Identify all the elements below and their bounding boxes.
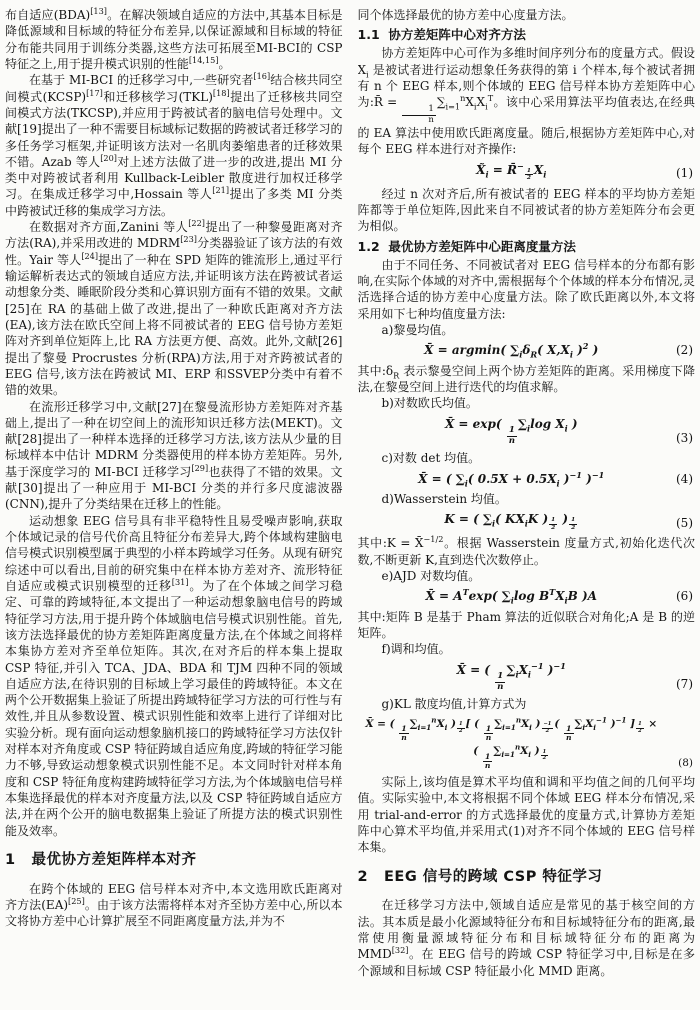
paragraph: f)调和均值。: [358, 641, 696, 657]
equation-number: (2): [676, 342, 693, 358]
fraction: 1n: [402, 105, 436, 125]
fraction: 12: [549, 517, 557, 531]
equation: X̄ = argmin( ∑iδR( X,Xi )2 )(2): [358, 342, 696, 358]
paragraph: d)Wasserstein 均值。: [358, 491, 696, 507]
paragraph: 实际上,该均值是算术平均值和调和平均值之间的几何平均值。实际实验中,本文将根据不…: [358, 774, 696, 856]
paragraph: a)黎曼均值。: [358, 322, 696, 338]
equation-line: ( 1n∑i=1nXi )12: [358, 744, 666, 770]
equation: X̄ = ( 1n∑iXi−1 )−1(7): [358, 662, 696, 693]
paragraph: 运动想象 EEG 信号具有非平稳特性且易受噪声影响,获取个体域记录的信号代价高且…: [5, 513, 343, 839]
paragraph: c)对数 det 均值。: [358, 450, 696, 466]
column-left: 布自适应(BDA)[13]。在解决领域自适应的方法中,其基本目标是降低源域和目标…: [5, 7, 343, 1010]
fraction: 1n: [399, 725, 409, 743]
equation-line: X̃i = R̄−12Xi: [358, 162, 666, 182]
section-heading: 2EEG 信号的跨域 CSP 特征学习: [358, 868, 696, 888]
fraction: 12: [457, 722, 465, 734]
fraction: 1n: [495, 672, 505, 692]
fraction: 1n: [507, 426, 517, 446]
equation-line: K = ( ∑i( KXiK )12 )12: [358, 511, 666, 531]
equation-number: (6): [676, 588, 693, 604]
paragraph: 协方差矩阵中心可作为多维时间序列分布的度量方式。假设 Xi 是被试者进行运动想象…: [358, 45, 696, 157]
paragraph: 在数据对齐方面,Zanini 等人[22]提出了一种黎曼距离对齐方法(RA),并…: [5, 219, 343, 398]
equation-number: (8): [678, 756, 693, 770]
paragraph: 在跨个体域的 EEG 信号样本对齐中,本文选用欧氏距离对齐方法(EA)[25]。…: [5, 881, 343, 930]
fraction: 12: [636, 722, 644, 734]
equation: X̄ = ( 1n∑i=1nXi )12[ ( 1n∑i=1nXi )−12( …: [358, 717, 696, 771]
equation-line: X̄ = ( ∑i( 0.5X + 0.5Xi )−1 )−1: [358, 471, 666, 487]
equation: K = ( ∑i( KXiK )12 )12(5): [358, 511, 696, 531]
paragraph: 在基于 MI-BCI 的迁移学习中,一些研究者[16]结合核共同空间模式(KCS…: [5, 72, 343, 219]
paragraph: 在迁移学习方法中,领域自适应是常见的基于核空间的方法。其本质是最小化源域特征分布…: [358, 897, 696, 979]
section-title: 最优协方差矩阵样本对齐: [32, 852, 197, 868]
section-heading: 1.1协方差矩阵中心对齐方法: [358, 26, 696, 43]
paragraph: 其中:矩阵 B 是基于 Pham 算法的近似联合对角化;A 是 B 的逆矩阵。: [358, 609, 696, 642]
paragraph: 其中:δR 表示黎曼空间上两个协方差矩阵的距离。采用梯度下降法,在黎曼空间上进行…: [358, 363, 696, 396]
equation-line: X̄ = exp( 1n∑ilog Xi ): [358, 416, 666, 447]
equation: X̃i = R̄−12Xi(1): [358, 162, 696, 182]
equation-line: X̄ = ( 1n∑iXi−1 )−1: [358, 662, 666, 693]
paragraph: b)对数欧氏均值。: [358, 395, 696, 411]
paragraph: 同个体选择最优的协方差中心度量方法。: [358, 7, 696, 23]
equation-line: X̄ = ATexp( ∑ilog BTXiB )A: [358, 588, 666, 604]
section-heading: 1最优协方差矩阵样本对齐: [5, 851, 343, 871]
fraction: 1n: [564, 725, 574, 743]
equation-line: X̄ = ( 1n∑i=1nXi )12[ ( 1n∑i=1nXi )−12( …: [358, 717, 666, 743]
paragraph: 其中:K = X̄−1/2。根据 Wasserstein 度量方式,初始化迭代次…: [358, 535, 696, 568]
section-number: 1: [5, 852, 16, 868]
section-title: EEG 信号的跨域 CSP 特征学习: [384, 869, 602, 885]
section-title: 协方差矩阵中心对齐方法: [388, 27, 526, 42]
fraction: 12: [569, 517, 577, 531]
fraction: 12: [525, 168, 533, 182]
fraction: 1n: [483, 753, 493, 771]
section-number: 2: [358, 869, 369, 885]
paragraph: 在流形迁移学习中,文献[27]在黎曼流形协方差矩阵对齐基础上,提出了一种在切空间…: [5, 399, 343, 513]
section-title: 最优协方差矩阵中心距离度量方法: [388, 239, 576, 254]
section-heading: 1.2最优协方差矩阵中心距离度量方法: [358, 238, 696, 255]
equation: X̄ = ATexp( ∑ilog BTXiB )A(6): [358, 588, 696, 604]
equation: X̄ = exp( 1n∑ilog Xi )(3): [358, 416, 696, 447]
paragraph: g)KL 散度均值,计算方式为: [358, 696, 696, 712]
section-number: 1.1: [358, 27, 380, 42]
paper-page: 布自适应(BDA)[13]。在解决领域自适应的方法中,其基本目标是降低源域和目标…: [0, 0, 700, 1010]
section-number: 1.2: [358, 239, 380, 254]
equation-number: (7): [676, 676, 693, 692]
paragraph: 由于不同任务、不同被试者对 EEG 信号样本的分布都有影响,在实际个体域的对齐中…: [358, 257, 696, 322]
paragraph: 经过 n 次对齐后,所有被试者的 EEG 样本的平均协方差矩阵都等于单位矩阵,因…: [358, 186, 696, 235]
paragraph: 布自适应(BDA)[13]。在解决领域自适应的方法中,其基本目标是降低源域和目标…: [5, 7, 343, 72]
fraction: 1n: [484, 725, 494, 743]
fraction: −12: [542, 722, 554, 734]
equation: X̄ = ( ∑i( 0.5X + 0.5Xi )−1 )−1(4): [358, 471, 696, 487]
fraction: 12: [541, 750, 549, 762]
equation-number: (5): [676, 515, 693, 531]
column-right: 同个体选择最优的协方差中心度量方法。1.1协方差矩阵中心对齐方法协方差矩阵中心可…: [358, 7, 696, 1010]
equation-number: (3): [676, 430, 693, 446]
equation-number: (4): [676, 471, 693, 487]
equation-line: X̄ = argmin( ∑iδR( X,Xi )2 ): [358, 342, 666, 358]
equation-number: (1): [676, 165, 693, 181]
paragraph: e)AJD 对数均值。: [358, 568, 696, 584]
